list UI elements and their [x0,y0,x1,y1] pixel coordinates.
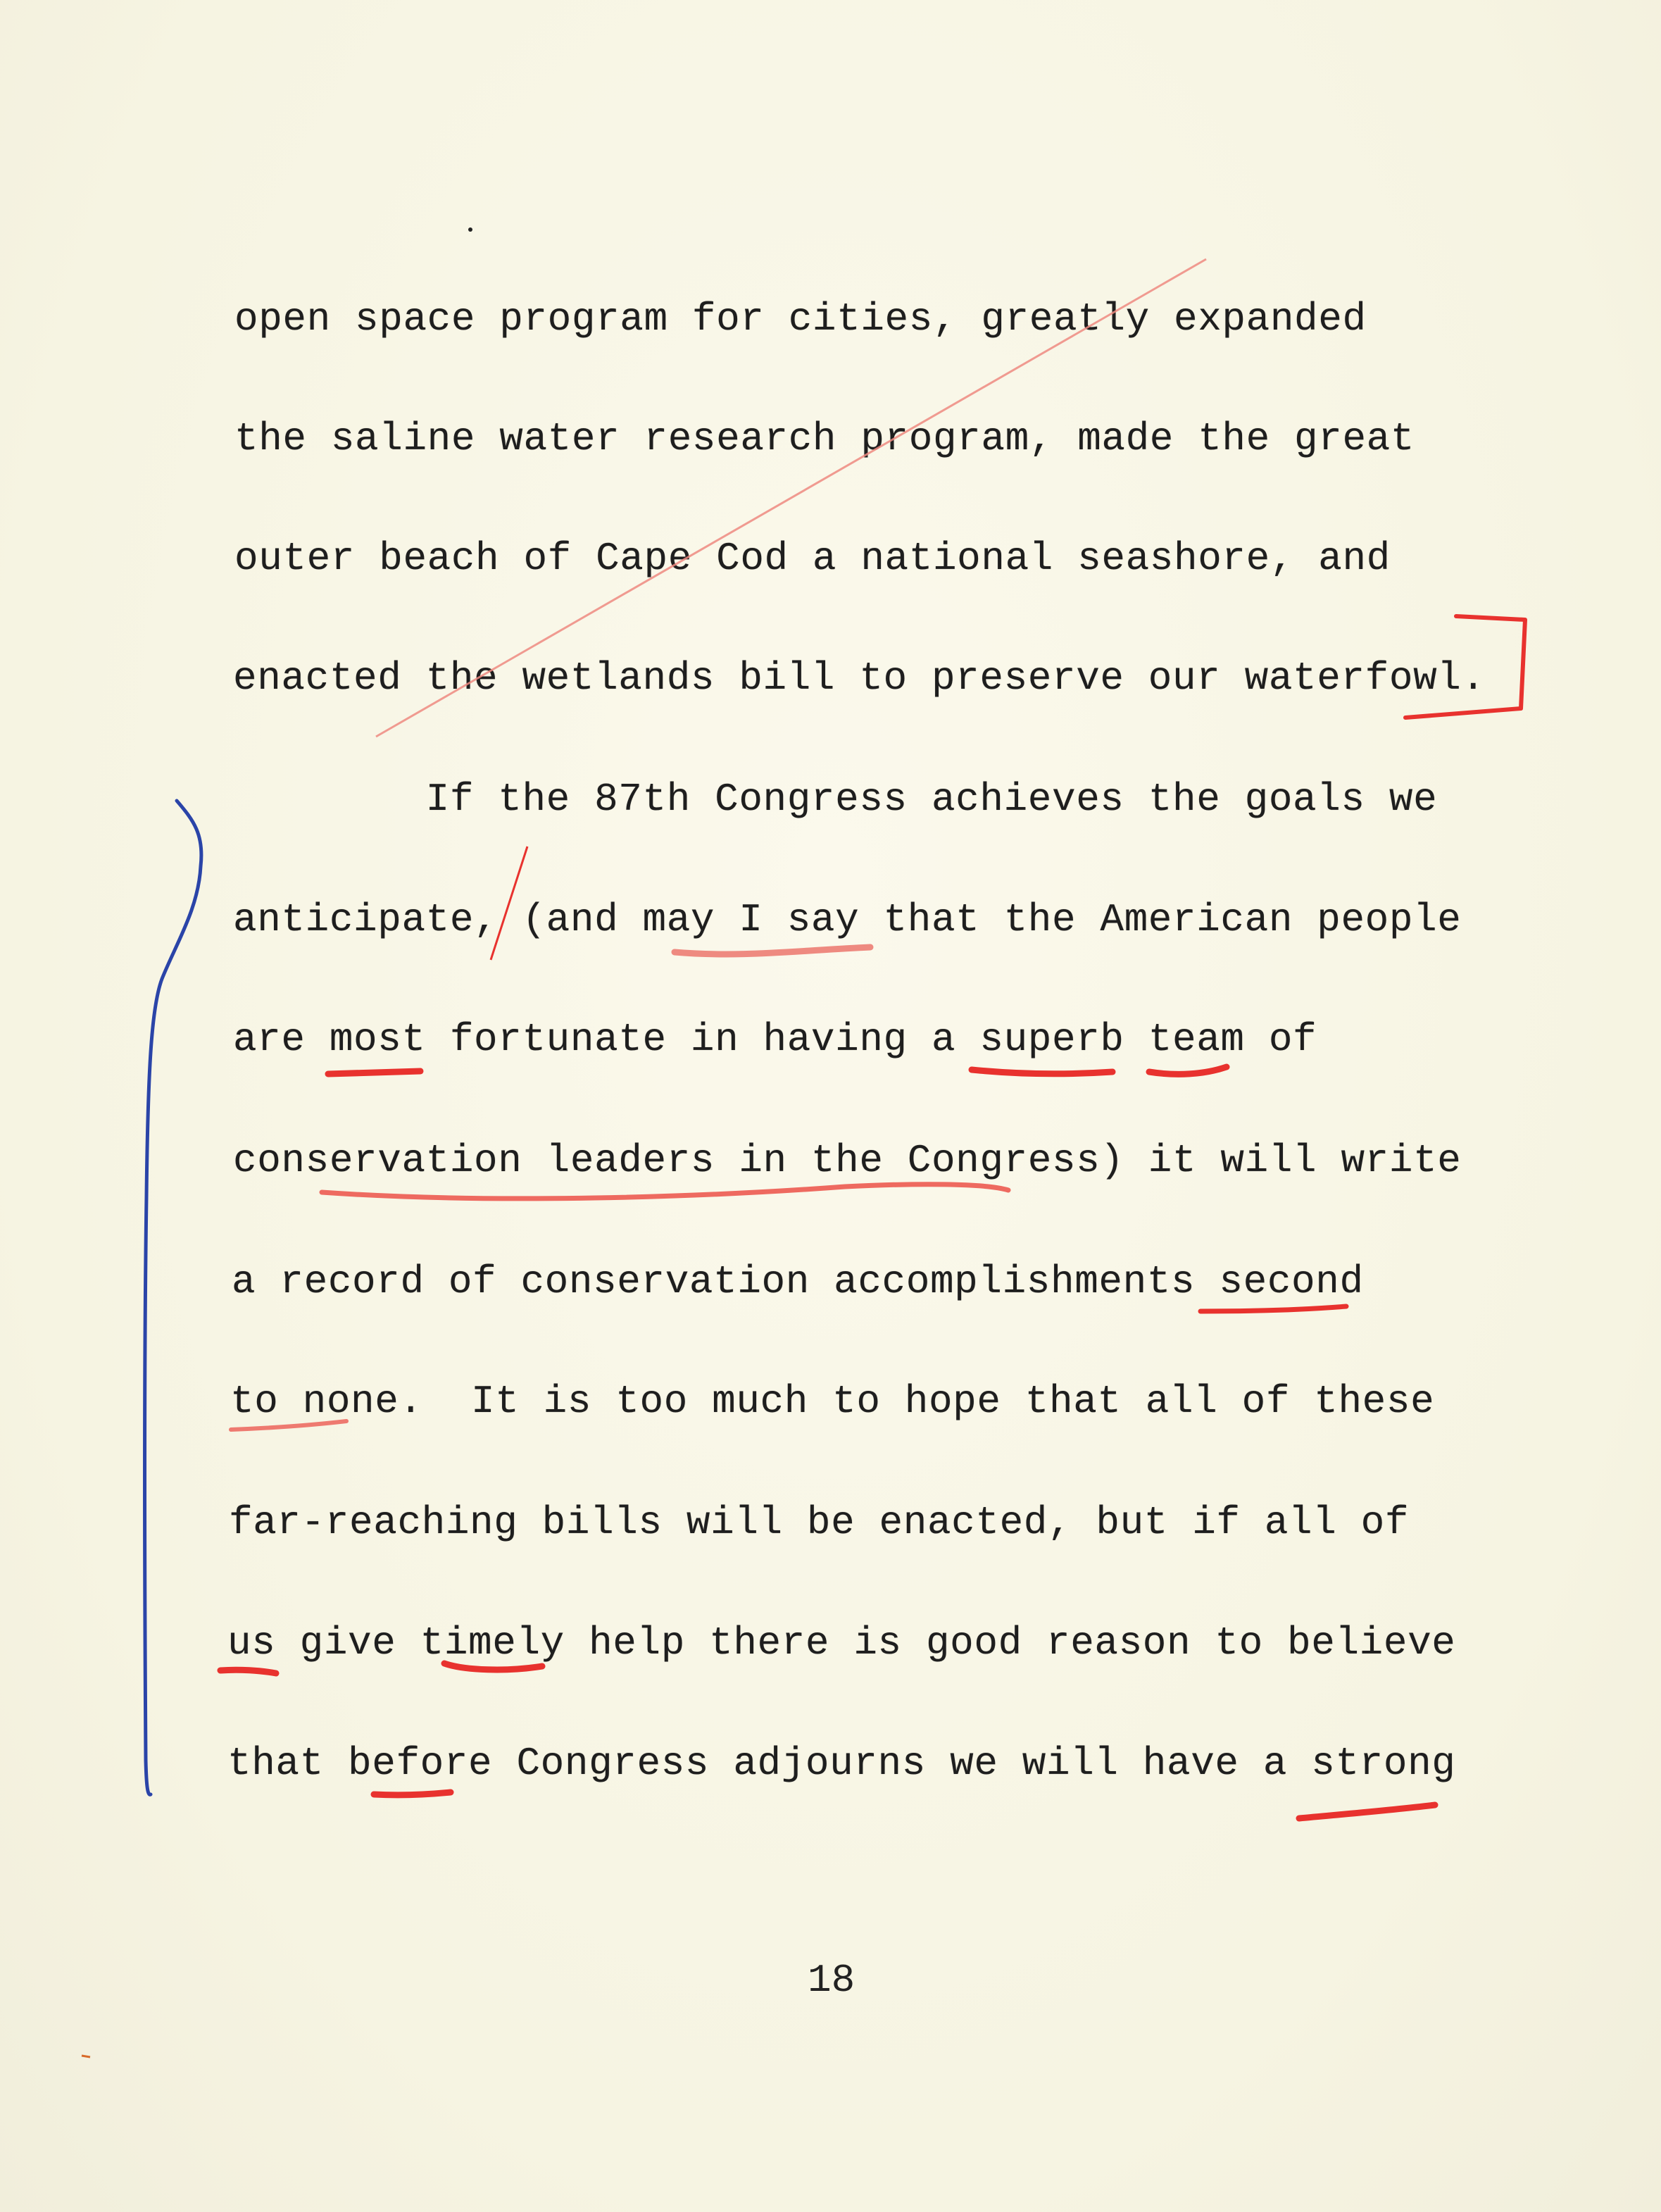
orange-speck [82,2056,90,2057]
underline-timely [444,1663,542,1670]
slash-mark [491,846,527,960]
underline-strong [1299,1805,1435,1818]
diagonal-strike-mark [376,259,1206,737]
underline-conservation-leaders [322,1185,1008,1199]
handwritten-annotations [0,0,1661,2212]
underline-us [220,1670,276,1673]
underline-most [328,1071,420,1074]
underline-before [374,1792,451,1795]
underline-team [1149,1067,1227,1074]
underline-may-i-say [675,947,870,954]
underline-superb [972,1070,1112,1074]
underline-to-none [231,1421,346,1430]
margin-line-mark [145,801,201,1794]
bracket-mark [1405,616,1525,718]
underline-second [1201,1306,1346,1311]
document-page: open space program for cities, greatly e… [0,0,1661,2212]
